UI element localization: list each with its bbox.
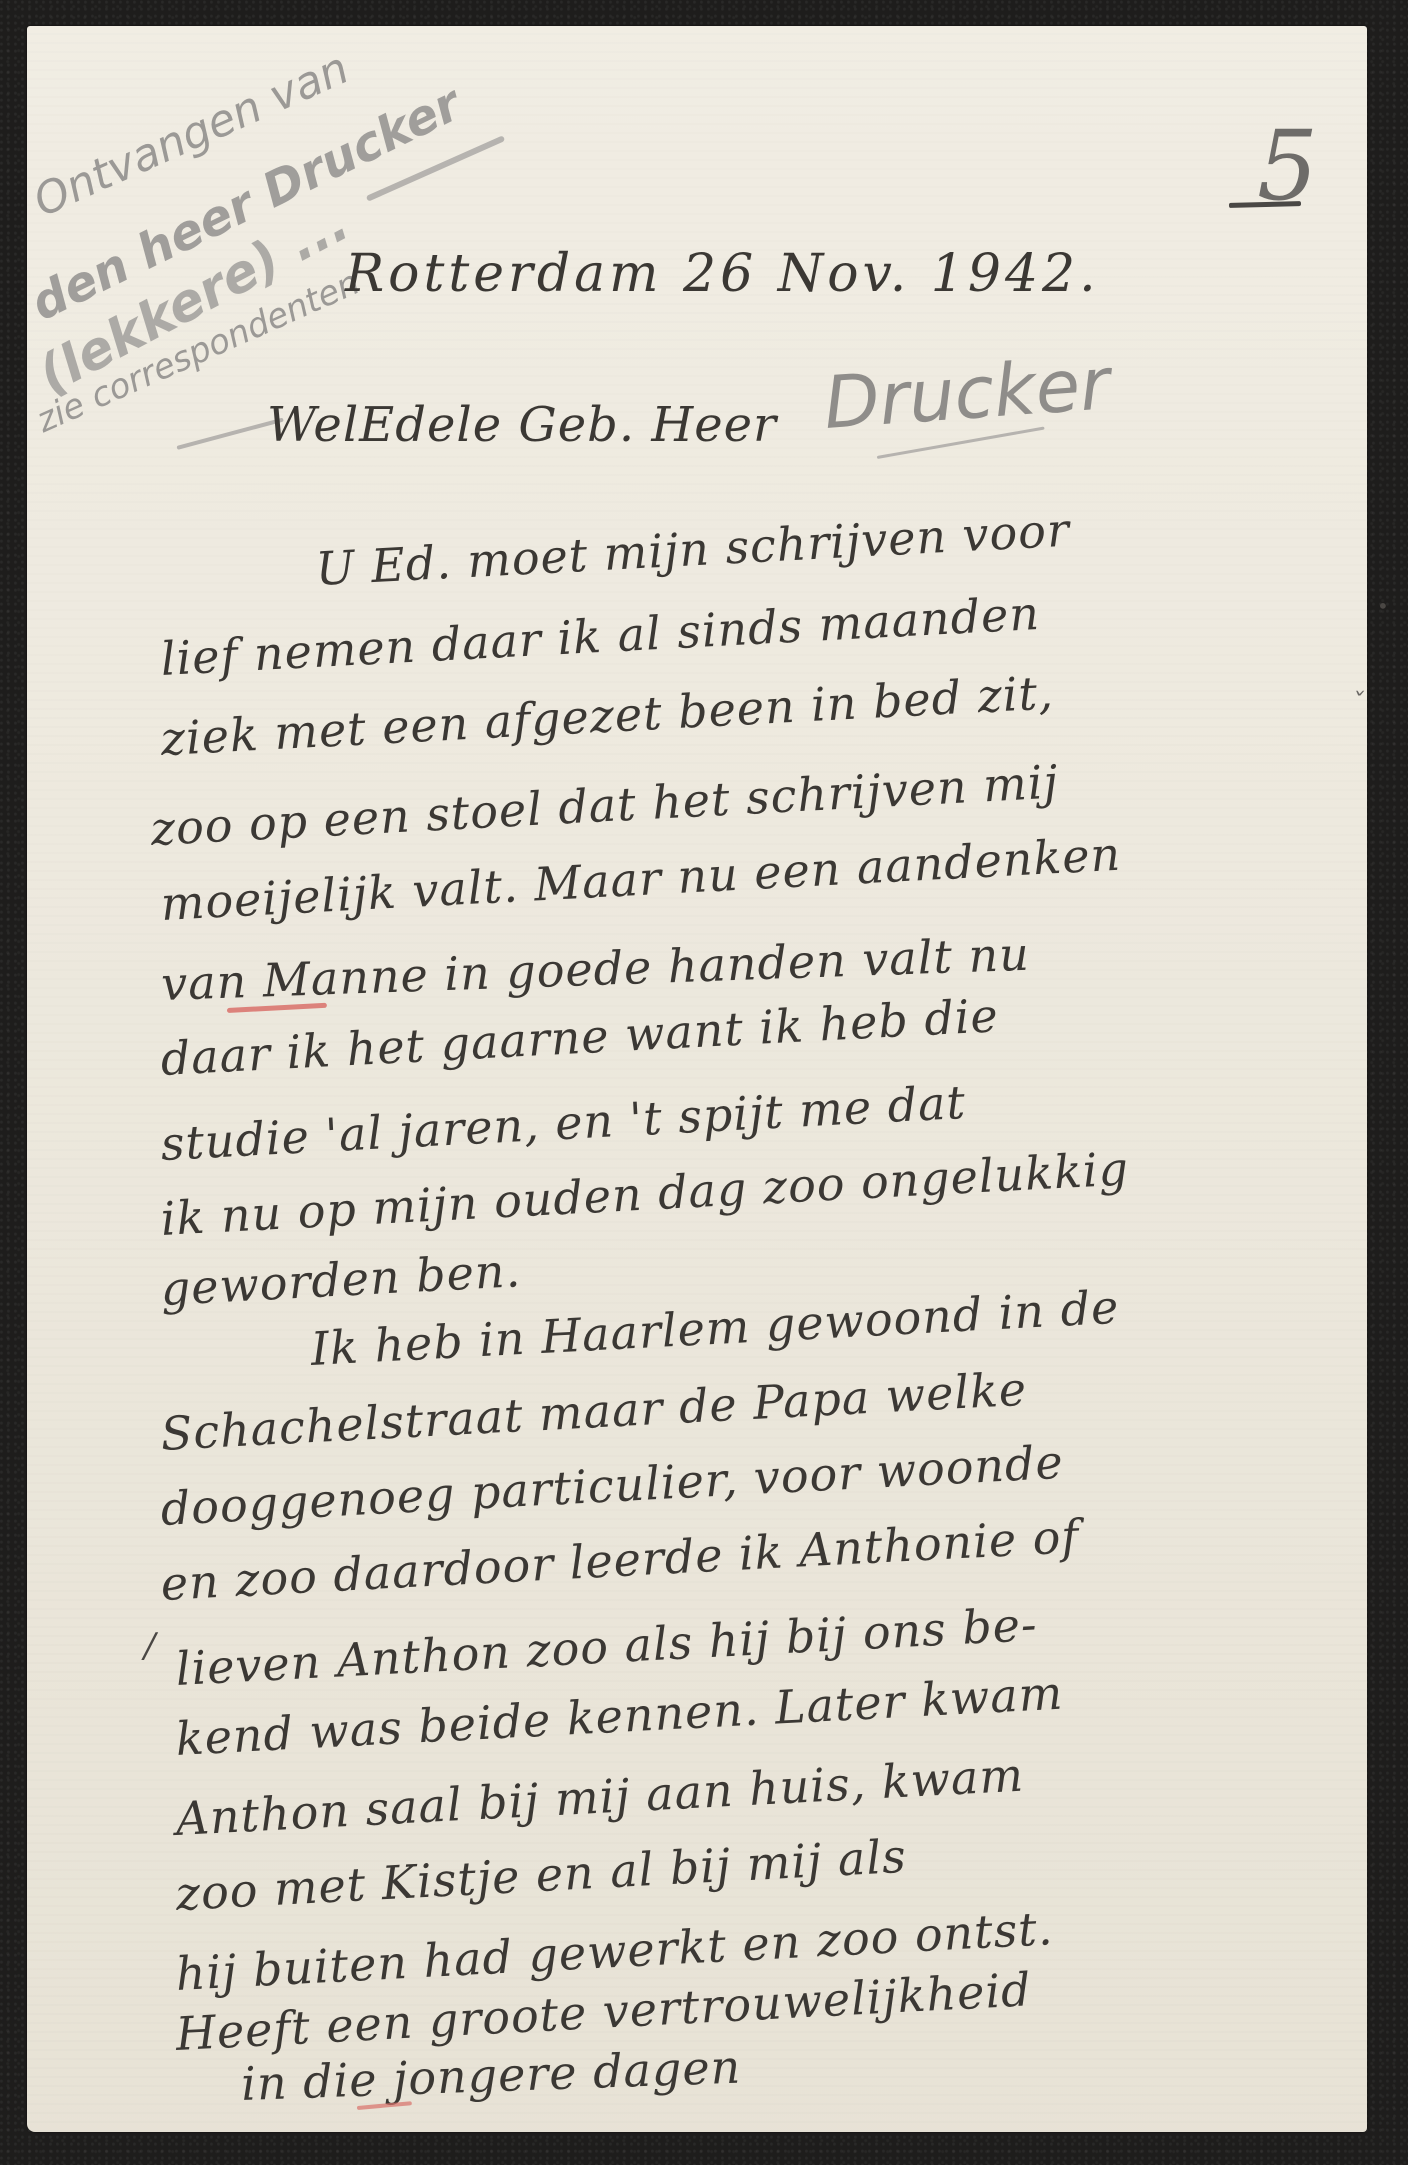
- body-line: lief nemen daar ik al sinds maanden: [160, 590, 1041, 682]
- body-line: zoo met Kistje en al bij mij als: [175, 1833, 908, 1917]
- margin-tick-mark: /: [144, 1626, 155, 1666]
- body-line: ziek met een afgezet been in bed zit,: [160, 669, 1055, 762]
- body-line: studie 'al jaren, en 't spijt me dat: [160, 1079, 967, 1167]
- letter-sheet: Ontvangen van den heer Drucker (lekkere)…: [27, 26, 1367, 2132]
- margin-hook-mark: ˯: [1354, 666, 1367, 696]
- place-date: Rotterdam 26 Nov. 1942.: [345, 248, 1100, 300]
- body-line: U Ed. moet mijn schrijven voor: [315, 507, 1071, 592]
- folio-number: 5: [1257, 118, 1318, 214]
- salutation: WelEdele Geb. Heer: [267, 401, 777, 449]
- margin-dot-mark: •: [1377, 594, 1389, 618]
- pencil-name-drucker: Drucker: [821, 341, 1112, 445]
- body-line: geworden ben.: [160, 1247, 522, 1312]
